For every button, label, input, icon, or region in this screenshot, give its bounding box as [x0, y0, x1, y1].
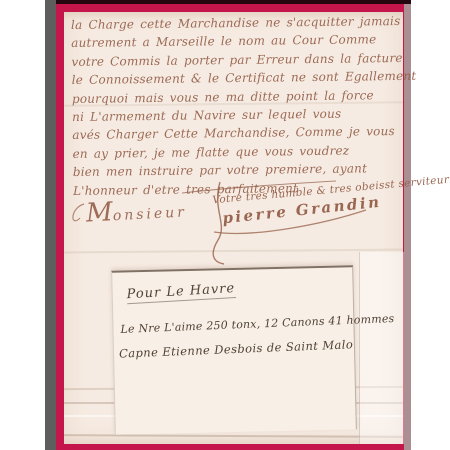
- photo-right-shadow: [404, 0, 411, 450]
- letter-body: la Charge cette Marchandise ne s'acquitt…: [71, 12, 399, 200]
- page: la Charge cette Marchandise ne s'acquitt…: [0, 0, 450, 450]
- photo-left-shadow: [45, 0, 56, 450]
- fold-flap: [359, 252, 404, 444]
- ship-details-line: Le Nre L'aime 250 tonx, 12 Canons 41 hom…: [120, 312, 394, 336]
- letter-paper: la Charge cette Marchandise ne s'acquitt…: [64, 12, 403, 444]
- letter-photo: la Charge cette Marchandise ne s'acquitt…: [45, 0, 411, 450]
- address-panel: Pour Le Havre Le Nre L'aime 250 tonx, 12…: [111, 265, 357, 434]
- fold-crease: [64, 249, 403, 254]
- captain-line: Capne Etienne Desbois de Saint Malo: [119, 337, 354, 360]
- destination-line: Pour Le Havre: [126, 281, 235, 304]
- mat-top-band: [56, 0, 411, 4]
- salutation-monsieur: Monsieur: [85, 193, 187, 228]
